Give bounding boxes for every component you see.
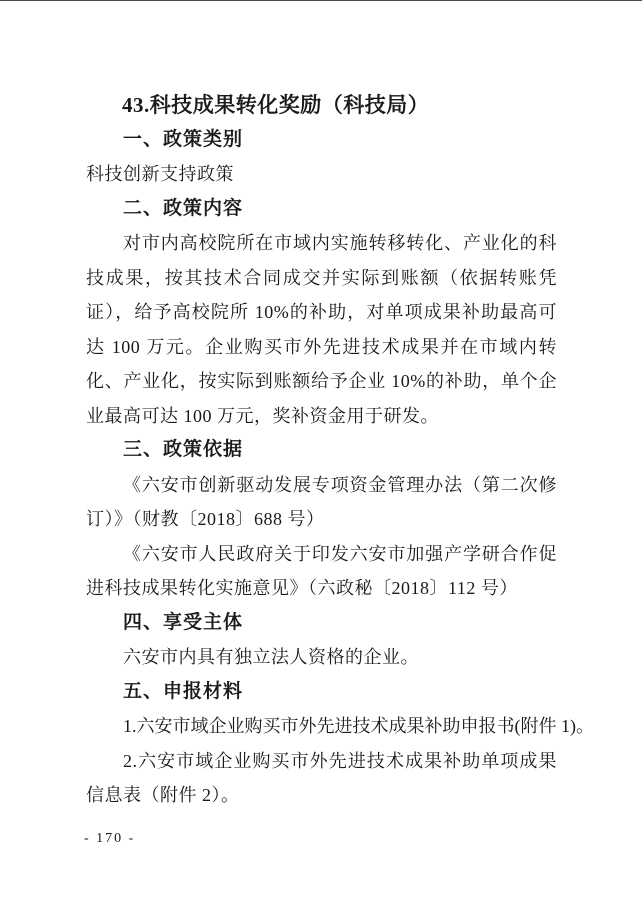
page-number: - 170 -	[84, 831, 135, 847]
document-content: 43.科技成果转化奖励（科技局） 一、政策类别 科技创新支持政策 二、政策内容 …	[86, 88, 557, 813]
paragraph-application-material-1: 1.六安市域企业购买市外先进技术成果补助申报书(附件 1)。	[86, 709, 557, 744]
paragraph-policy-basis-1: 《六安市创新驱动发展专项资金管理办法（第二次修订）》（财教〔2018〕688 号…	[86, 468, 557, 537]
document-page: 43.科技成果转化奖励（科技局） 一、政策类别 科技创新支持政策 二、政策内容 …	[0, 0, 642, 907]
section-heading-policy-content: 二、政策内容	[86, 192, 557, 227]
paragraph-beneficiary: 六安市内具有独立法人资格的企业。	[86, 640, 557, 675]
paragraph-policy-basis-2: 《六安市人民政府关于印发六安市加强产学研合作促进科技成果转化实施意见》（六政秘〔…	[86, 537, 557, 606]
section-heading-beneficiary: 四、享受主体	[86, 606, 557, 641]
paragraph-application-material-2: 2.六安市域企业购买市外先进技术成果补助单项成果信息表（附件 2）。	[86, 744, 557, 813]
section-heading-application-materials: 五、申报材料	[86, 675, 557, 710]
section-heading-policy-category: 一、政策类别	[86, 123, 557, 158]
paragraph-policy-content: 对市内高校院所在市域内实施转移转化、产业化的科技成果，按其技术合同成交并实际到账…	[86, 226, 557, 433]
paragraph-policy-category: 科技创新支持政策	[86, 157, 557, 192]
section-heading-policy-basis: 三、政策依据	[86, 433, 557, 468]
document-title: 43.科技成果转化奖励（科技局）	[86, 88, 557, 123]
